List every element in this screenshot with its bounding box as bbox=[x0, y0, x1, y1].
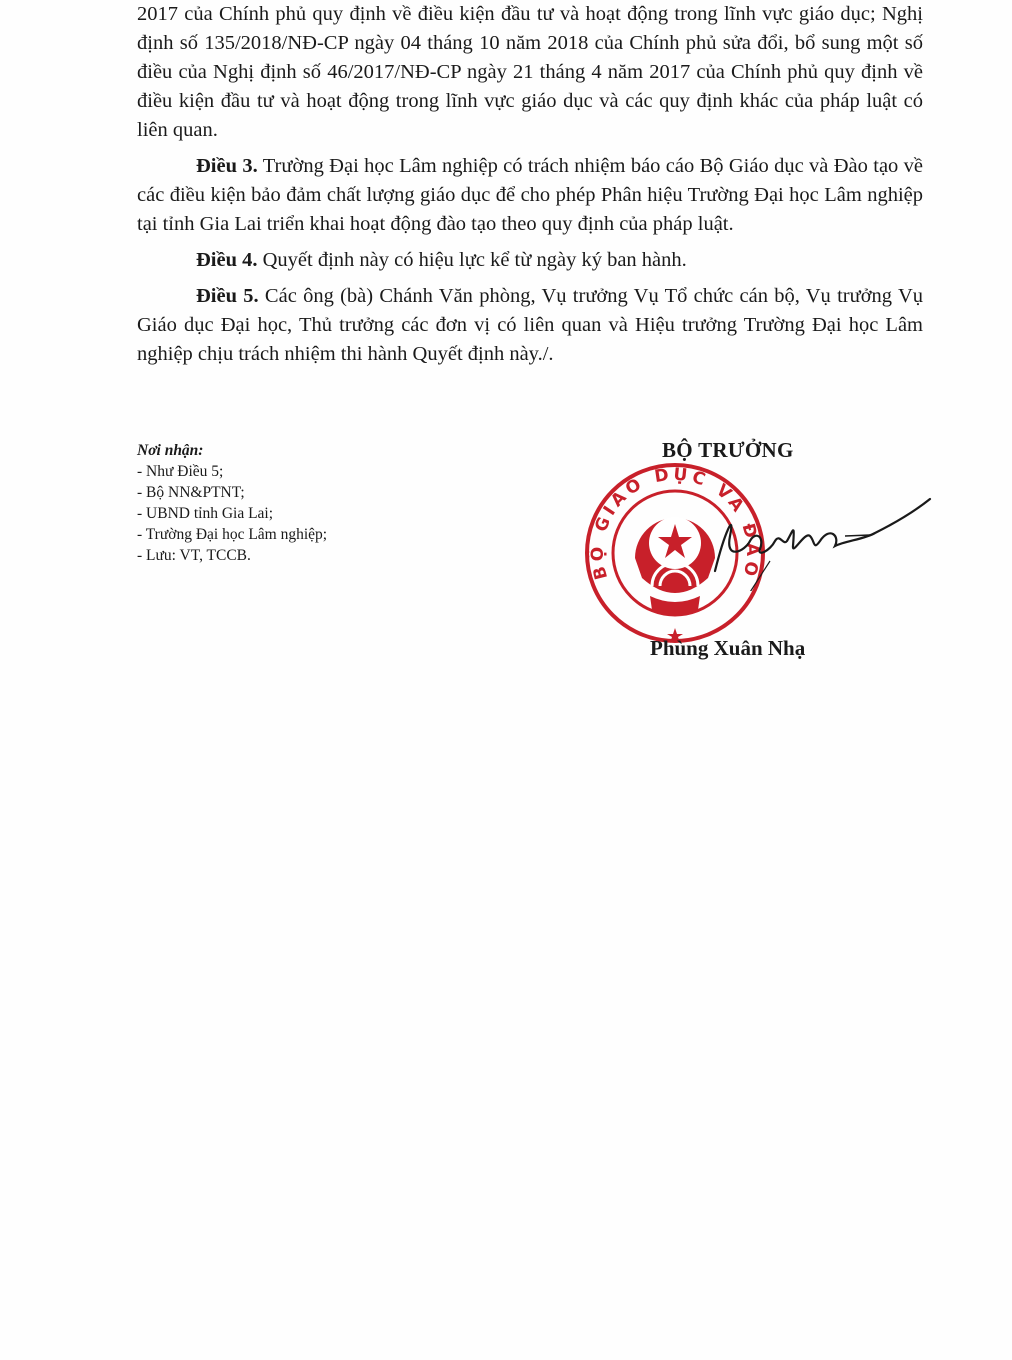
article-4-title: Điều 4. bbox=[196, 249, 258, 271]
article-4-text: Quyết định này có hiệu lực kể từ ngày ký… bbox=[258, 249, 687, 271]
article-4: Điều 4. Quyết định này có hiệu lực kể từ… bbox=[137, 246, 923, 275]
handwritten-signature-icon bbox=[695, 491, 935, 591]
recipient-item: - Trường Đại học Lâm nghiệp; bbox=[137, 524, 327, 545]
article-5-title: Điều 5. bbox=[196, 285, 259, 307]
signature-block: BỘ GIÁO DỤC VÀ ĐÀO TẠO BỘ TRƯỞNG Phùng X… bbox=[600, 436, 930, 676]
document-body: 2017 của Chính phủ quy định về điều kiện… bbox=[137, 0, 923, 369]
continuation-paragraph: 2017 của Chính phủ quy định về điều kiện… bbox=[137, 0, 923, 145]
recipient-item: - Lưu: VT, TCCB. bbox=[137, 545, 327, 566]
recipients-list: Nơi nhận: - Như Điều 5; - Bộ NN&PTNT; - … bbox=[137, 440, 327, 566]
signer-name: Phùng Xuân Nhạ bbox=[650, 636, 805, 661]
recipient-item: - Như Điều 5; bbox=[137, 461, 327, 482]
recipients-heading: Nơi nhận: bbox=[137, 440, 327, 461]
recipient-item: - Bộ NN&PTNT; bbox=[137, 482, 327, 503]
signer-title: BỘ TRƯỞNG bbox=[662, 438, 794, 463]
article-3: Điều 3. Trường Đại học Lâm nghiệp có trá… bbox=[137, 152, 923, 239]
article-3-title: Điều 3. bbox=[196, 155, 258, 177]
article-5: Điều 5. Các ông (bà) Chánh Văn phòng, Vụ… bbox=[137, 282, 923, 369]
document-page: 2017 của Chính phủ quy định về điều kiện… bbox=[0, 0, 1012, 1360]
recipient-item: - UBND tỉnh Gia Lai; bbox=[137, 503, 327, 524]
